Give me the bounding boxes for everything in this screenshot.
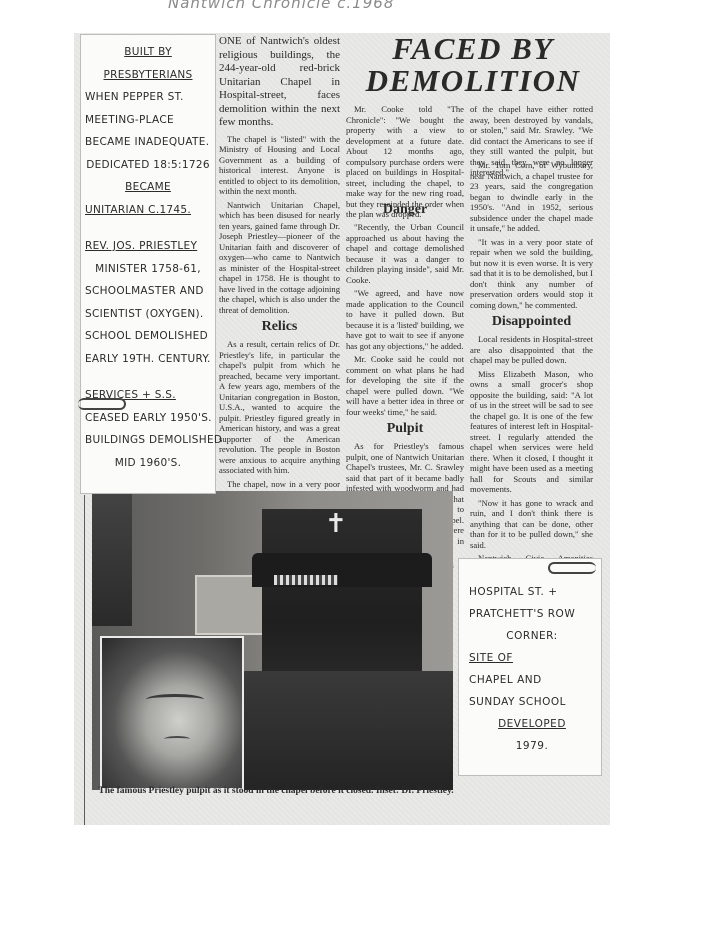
handwritten-line: when Pepper St.: [85, 86, 211, 109]
handwritten-note-right: Hospital St. +Pratchett's RowCorner:Site…: [458, 558, 602, 776]
pulpit-fringe: [274, 575, 338, 585]
subhead-relics: Relics: [219, 319, 340, 335]
article-lead: ONE of Nantwich's oldest religious build…: [219, 35, 340, 130]
handwritten-line: Chapel and: [469, 669, 595, 691]
handwritten-line: became inadequate.: [85, 131, 211, 154]
cross-icon: ✝: [325, 511, 347, 537]
handwritten-line: early 19th. century.: [85, 348, 211, 371]
paper-clip-icon: [78, 398, 126, 410]
paper-clip-icon: [548, 562, 596, 574]
handwritten-line: Scientist (Oxygen).: [85, 303, 211, 326]
handwritten-line: Corner:: [469, 625, 595, 647]
handwritten-note-left: Built byPresbyterianswhen Pepper St.meet…: [80, 34, 216, 494]
article-paragraph: Mr. Tom Corn, of Wybunbury, near Nantwic…: [470, 160, 593, 234]
subhead-pulpit: Pulpit: [346, 421, 464, 437]
handwritten-line: Unitarian c.1745.: [85, 199, 211, 222]
article-paragraph: Miss Elizabeth Mason, who owns a small g…: [470, 369, 593, 495]
article-paragraph: "Recently, the Urban Council approached …: [346, 222, 464, 285]
article-paragraph: As a result, certain relics of Dr. Pries…: [219, 339, 340, 476]
article-paragraph: Nantwich Unitarian Chapel, which has bee…: [219, 200, 340, 316]
handwritten-line: Buildings demolished: [85, 429, 211, 452]
handwritten-line: Rev. Jos. Priestley: [85, 235, 211, 258]
handwritten-line: Schoolmaster and: [85, 280, 211, 303]
article-paragraph: "Now it has gone to wrack and ruin, and …: [470, 498, 593, 551]
handwritten-line: Site of: [469, 647, 595, 669]
subhead-danger: Danger: [346, 202, 464, 218]
headline-line-1: FACED BY: [350, 33, 596, 65]
handwritten-line: 1979.: [469, 735, 595, 757]
pulpit-base: [224, 671, 453, 790]
handwritten-line: meeting-place: [85, 109, 211, 132]
article-paragraph: Local residents in Hospital-street are a…: [470, 334, 593, 366]
portrait-eyes: [146, 694, 204, 705]
handwritten-line: [85, 370, 211, 384]
priestley-portrait-inset: [100, 636, 244, 790]
subhead-disappointed: Disappointed: [470, 314, 593, 330]
handwritten-line: Became: [85, 176, 211, 199]
handwritten-line: School demolished: [85, 325, 211, 348]
handwritten-line: Hospital St. +: [469, 581, 595, 603]
article-headline: FACED BY DEMOLITION: [350, 33, 596, 97]
handwritten-line: Sunday School: [469, 691, 595, 713]
handwritten-line: mid 1960's.: [85, 452, 211, 475]
handwritten-line: Presbyterians: [85, 64, 211, 87]
handwritten-line: Minister 1758-61,: [85, 258, 211, 281]
handwritten-header: Nantwich Chronicle c.1968: [168, 0, 394, 12]
photo-caption: The famous Priestley pulpit as it stood …: [96, 786, 456, 797]
article-paragraph: "It was in a very poor state of repair w…: [470, 237, 593, 311]
portrait-mouth: [164, 736, 190, 742]
handwritten-line: Dedicated 18:5:1726: [85, 154, 211, 177]
headline-line-2: DEMOLITION: [350, 65, 596, 97]
handwritten-line: [85, 221, 211, 235]
handwritten-line: Developed: [469, 713, 595, 735]
chapel-pillar: [92, 491, 132, 626]
article-paragraph: Mr. Cooke said he could not comment on w…: [346, 354, 464, 417]
handwritten-line: Built by: [85, 41, 211, 64]
article-paragraph: "We agreed, and have now made applicatio…: [346, 288, 464, 351]
article-paragraph: The chapel is "listed" with the Ministry…: [219, 134, 340, 197]
column-rule: [84, 495, 85, 825]
handwritten-line: Pratchett's Row: [469, 603, 595, 625]
